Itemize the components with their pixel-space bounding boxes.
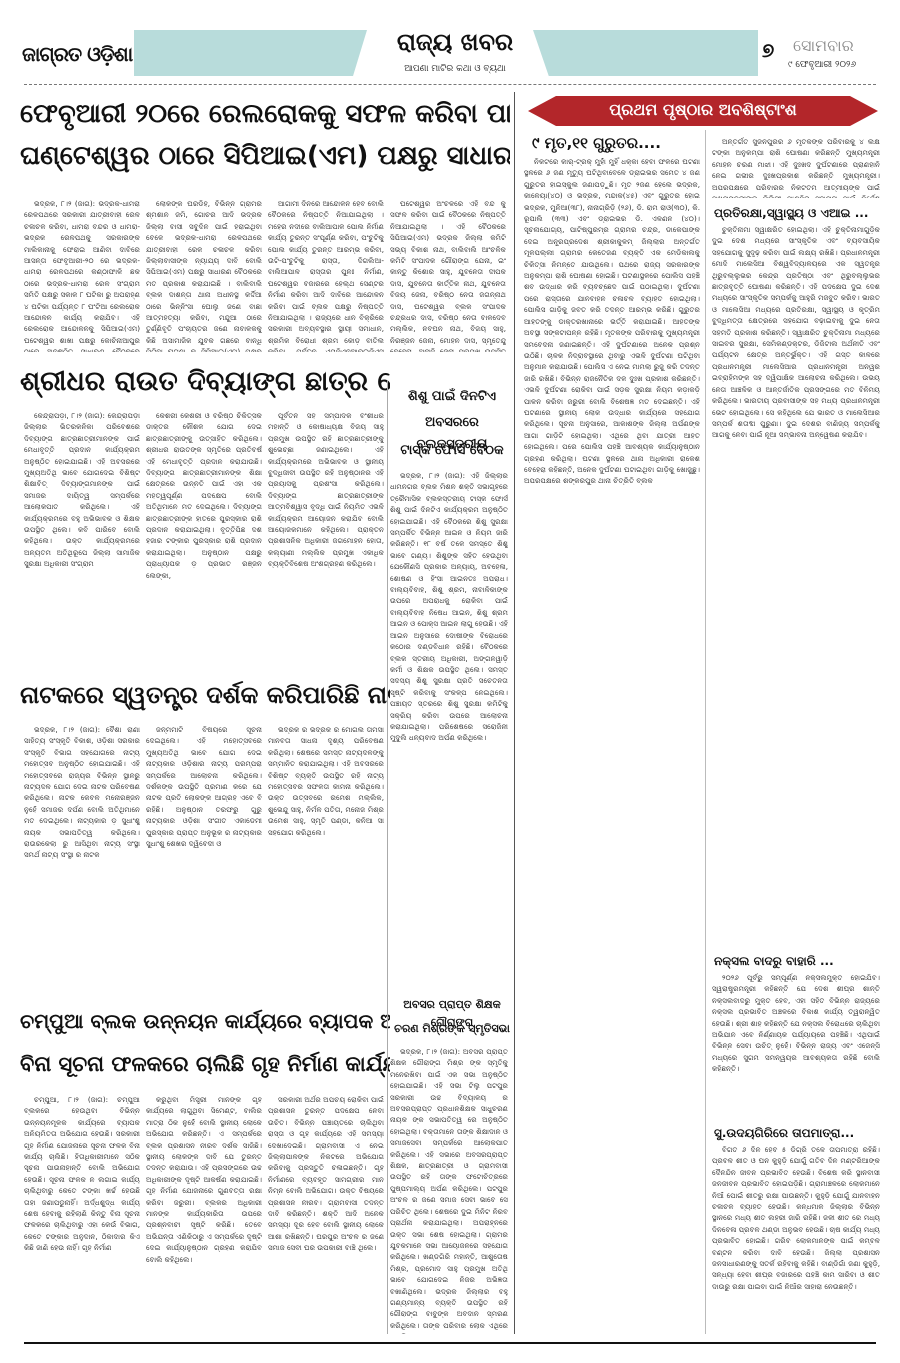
article-rail-roko-col1: ଭଦ୍ରକ, ୮।୨ (ଜାଗ): ଭଦ୍ରକ-ଧାମରା ରେଳପଥରେ ସର… [24, 198, 140, 352]
article-counterfeit-body: ୨୦୨୬ ପୂର୍ବରୁ ସମ୍ପୂର୍ଣ୍ଣ ନକ୍ସଲମୁକ୍ତ ହୋଇଯି… [712, 972, 880, 1122]
article-drama-col3: ଭଦ୍ରକ ର ଭଦ୍ରକ ର ମୋଗଲ ତାମସା ମାନବତା ସାଧନା … [268, 724, 384, 986]
column-divider-right [705, 130, 706, 1334]
weekday: ସୋମବାର [793, 36, 854, 56]
article-scholarship-col2: କେଶରୀ କେଶରୀ ଓ ବରିଷ୍ଠ ଚିକିତ୍ସକ ଡାକ୍ତର କୌଶ… [146, 410, 262, 640]
headline-taskforce-line1: ଶିଶୁ ପାଇଁ ଦିନଟିଏ [392, 386, 512, 408]
section-subtitle: ଆପଣା ମାଟିର କଥା ଓ ବ୍ୟଥା [370, 64, 540, 74]
headline-accident: ୯ ମୃତ,୧୧ ଗୁରୁତର.... [532, 134, 661, 152]
article-defense-body: ଚୁକ୍ତିନାମା ସ୍ୱାକ୍ଷରିତ ହୋଇଥିଲା। ଏହି ଚୁକ୍ତ… [712, 224, 880, 950]
headline-defense: ପ୍ରତିରକ୍ଷା,ସ୍ୱାସ୍ଥ୍ୟ ଓ ଏଆଇ ... [714, 206, 868, 221]
article-rail-roko-col2: ଲୋକଙ୍କ ଘରଡିହ, ବିଭିନ୍ନ ଗ୍ରାମର ଶ୍ମଶାନ ଜମି,… [146, 198, 262, 352]
masthead-divider [24, 84, 876, 85]
page-number: ୭ [762, 38, 774, 62]
headline-rail-roko-line1: ଫେବୃଆରୀ ୨୦ରେ ରେଲରୋକକୁ ସଫଳ କରିବା ପାଇଁ [20, 96, 510, 132]
article-accident-body: ନିକଟରେ କାର୍-ଟ୍ରକ୍ ମୁହାଁ ମୁହିଁ ଧକ୍କା ହେବା… [524, 156, 700, 1334]
decorative-band-left [134, 30, 367, 76]
column-divider-side [387, 380, 388, 1334]
headline-scholarship: ଶ୍ରୀଧର ରାଉତ ଦିବ୍ୟାଙ୍ଗ ଛାତ୍ର ମେଧାବୃତ୍ତି ପ… [20, 362, 390, 402]
article-scholarship-col3: ପୂର୍ବତନ ସହ ସମ୍ପାଦକ ବଂଶୀଧର ମହାନ୍ତି ଓ କୋଷା… [268, 410, 384, 640]
page-bottom-rule [24, 1342, 876, 1344]
headline-taskforce-line3: ଟାସ୍କ ଫୋର୍ସ ବୈଠକ [392, 440, 512, 462]
article-housing-col3: ସରକାରୀ ଅର୍ଥର ଅପଚୟ ରୋକିବା ପାଇଁ ପ୍ରଶାସନ ତୁ… [268, 1094, 384, 1334]
newspaper-logo: ଜାଗ୍ରତ ଓଡ଼ିଶା [22, 42, 132, 66]
article-drama-col2: ଜନ୍ମମାଟି ବିଷୟରେ ସୂଚନା ଦେଇଥିଲେ। ଏହି ମହୋତ୍… [146, 724, 262, 986]
article-housing-col2: କରୁଥିବା ମିସ୍ତ୍ରୀ ମାନଙ୍କ ଗୃହ କାର୍ଯ୍ୟରେ ଲା… [146, 1094, 262, 1334]
article-housing-col1: ଚମ୍ପୁଆ, ୮।୨ (ଜାଗ): ଚମ୍ପୁଆ ବ୍ଲକରେ ହେଉଥିବା… [24, 1094, 140, 1334]
article-weather-body: ବିଗତ ୬ ଦିନ ହେବ ୫ ଡିଗ୍ରି ତଳେ ତାପମାତ୍ରା ରହ… [712, 1144, 880, 1334]
headline-rail-roko-line2: ଘଣ୍ଟେଶ୍ୱର ଠାରେ ସିପିଆଇ(ଏମ) ପକ୍ଷରୁ ସାଧାରଣ … [20, 138, 510, 174]
article-taskforce-body: ଭଦ୍ରକ, ୮।୨ (ଜାଗ): ଏହି ଜିଲ୍ଲାର ଧାମନଗର ବ୍ଲ… [390, 470, 508, 926]
continued-banner-label: ପ୍ରଥମ ପୃଷ୍ଠାର ଅବଶିଷ୍ଟାଂଶ [528, 100, 878, 120]
headline-housing-line2: ବିନା ସୂଚନା ଫଳକରେ ଚାଲିଛି ଗୃହ ନିର୍ମାଣ କାର୍… [20, 1046, 390, 1082]
headline-counterfeit: ନକ୍ସଲ ବାଦରୁ ବାହାରି ... [714, 954, 834, 969]
headline-teacher-line2: ଚରଣ ମିଶ୍ରଙ୍କ ସ୍ମୃତିସଭା [392, 1020, 512, 1038]
article-accident-continued: ଅନ୍ତର୍ଗତ ସୁଜନପୁରର ୬ ମୃତକଙ୍କ ପରିବାରକୁ ୪ ଲ… [712, 136, 880, 198]
headline-weather: ସୁ.ଉଦୟଗିରିରେ ତାପମାତ୍ରା... [714, 1126, 854, 1141]
article-rail-roko-col3: ଆଗାମୀ ଦିନରେ ଆନ୍ଦୋଳନ ହେବ ବୋଲି ବୈଠକରେ ନିଷ୍… [268, 198, 384, 352]
decorative-band-right [533, 30, 758, 76]
masthead: ଜାଗ୍ରତ ଓଡ଼ିଶା ରାଜ୍ୟ ଖବର ଆପଣା ମାଟିର କଥା ଓ… [0, 0, 900, 82]
article-scholarship-col1: କେନ୍ଦ୍ରାପଡ଼ା, ୮।୨ (ଜାଗ): କେନ୍ଦ୍ରାପଡ଼ା ଜି… [24, 410, 140, 640]
issue-date: ୯ ଫେବୃଆରୀ ୨୦୨୬ [788, 60, 856, 70]
section-title: ରାଜ୍ୟ ଖବର [370, 28, 540, 56]
column-divider-main [514, 92, 515, 1334]
headline-drama: ନାଟକରେ ସ୍ୱତନ୍ତ୍ର ଦର୍ଶକ କରିପାରିଛି ନାଟ୍ୟ ମ… [20, 676, 390, 714]
article-teacher-body: ଭଦ୍ରକ, ୮।୨ (ଜାଗ): ଅବସର ପ୍ରାପ୍ତ ଶିକ୍ଷକ ଗୌ… [390, 1046, 508, 1334]
headline-housing-line1: ଚମ୍ପୁଆ ବ୍ଲକ ଉନ୍ନୟନ କାର୍ଯ୍ୟରେ ବ୍ୟାପକ ଅନିୟ… [20, 1004, 390, 1038]
article-drama-col1: ଭଦ୍ରକ, ୮।୨ (ଜାଗ): ବୈଶା ରାଣା ସାହିତ୍ୟ ସଂସ୍… [24, 724, 140, 986]
article-rail-roko-col4: ଘଟେଶ୍ୱର ଅଂଚଳରେ ଏହି ବନ୍ଦ କୁ ସଫଳ କରିବା ପାଇ… [390, 198, 506, 352]
